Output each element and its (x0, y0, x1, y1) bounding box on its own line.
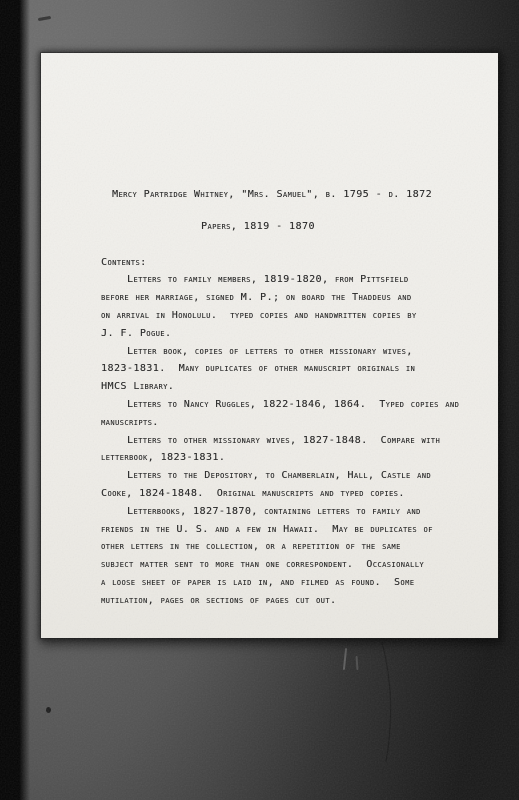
text-line: manuscripts. (101, 414, 499, 432)
text-line: Letters to the Depository, to Chamberlai… (101, 467, 499, 485)
film-speck (46, 707, 51, 713)
text-line: Letters to family members, 1819-1820, fr… (101, 271, 499, 289)
text-line: letterbook, 1823-1831. (101, 449, 499, 467)
film-edge-strip (0, 0, 30, 800)
document-title: Mercy Partridge Whitney, "Mrs. Samuel", … (112, 186, 499, 204)
contents-heading: Contents: (101, 254, 499, 272)
film-light-streak (356, 656, 359, 670)
text-line: HMCS Library. (101, 378, 499, 396)
text-line: subject matter sent to more than one cor… (101, 556, 499, 574)
film-light-streak (343, 648, 347, 670)
paragraph: Letters to family members, 1819-1820, fr… (101, 271, 499, 342)
text-line: Cooke, 1824-1848. Original manuscripts a… (101, 485, 499, 503)
text-line: before her marriage, signed M. P.; on bo… (101, 289, 499, 307)
paragraph: Letters to Nancy Ruggles, 1822-1846, 186… (101, 396, 499, 432)
text-line: friends in the U. S. and a few in Hawaii… (101, 521, 499, 539)
microfilm-frame: Mercy Partridge Whitney, "Mrs. Samuel", … (0, 0, 519, 800)
text-line: 1823-1831. Many duplicates of other manu… (101, 360, 499, 378)
text-line: other letters in the collection, or a re… (101, 538, 499, 556)
contents-paragraphs: Letters to family members, 1819-1820, fr… (101, 271, 499, 609)
document-page: Mercy Partridge Whitney, "Mrs. Samuel", … (41, 53, 498, 638)
text-line: Letter book, copies of letters to other … (101, 343, 499, 361)
paragraph: Letter book, copies of letters to other … (101, 343, 499, 396)
document-subtitle: Papers, 1819 - 1870 (201, 218, 499, 236)
text-line: Letters to Nancy Ruggles, 1822-1846, 186… (101, 396, 499, 414)
paragraph: Letterbooks, 1827-1870, containing lette… (101, 503, 499, 610)
paragraph: Letters to other missionary wives, 1827-… (101, 432, 499, 468)
page-text: Mercy Partridge Whitney, "Mrs. Samuel", … (101, 53, 499, 610)
paragraph: Letters to the Depository, to Chamberlai… (101, 467, 499, 503)
film-scratch-mark (38, 16, 51, 21)
text-line: J. F. Pogue. (101, 325, 499, 343)
text-line: on arrival in Honolulu. typed copies and… (101, 307, 499, 325)
text-line: Letterbooks, 1827-1870, containing lette… (101, 503, 499, 521)
text-line: mutilation, pages or sections of pages c… (101, 592, 499, 610)
text-line: Letters to other missionary wives, 1827-… (101, 432, 499, 450)
text-line: a loose sheet of paper is laid in, and f… (101, 574, 499, 592)
